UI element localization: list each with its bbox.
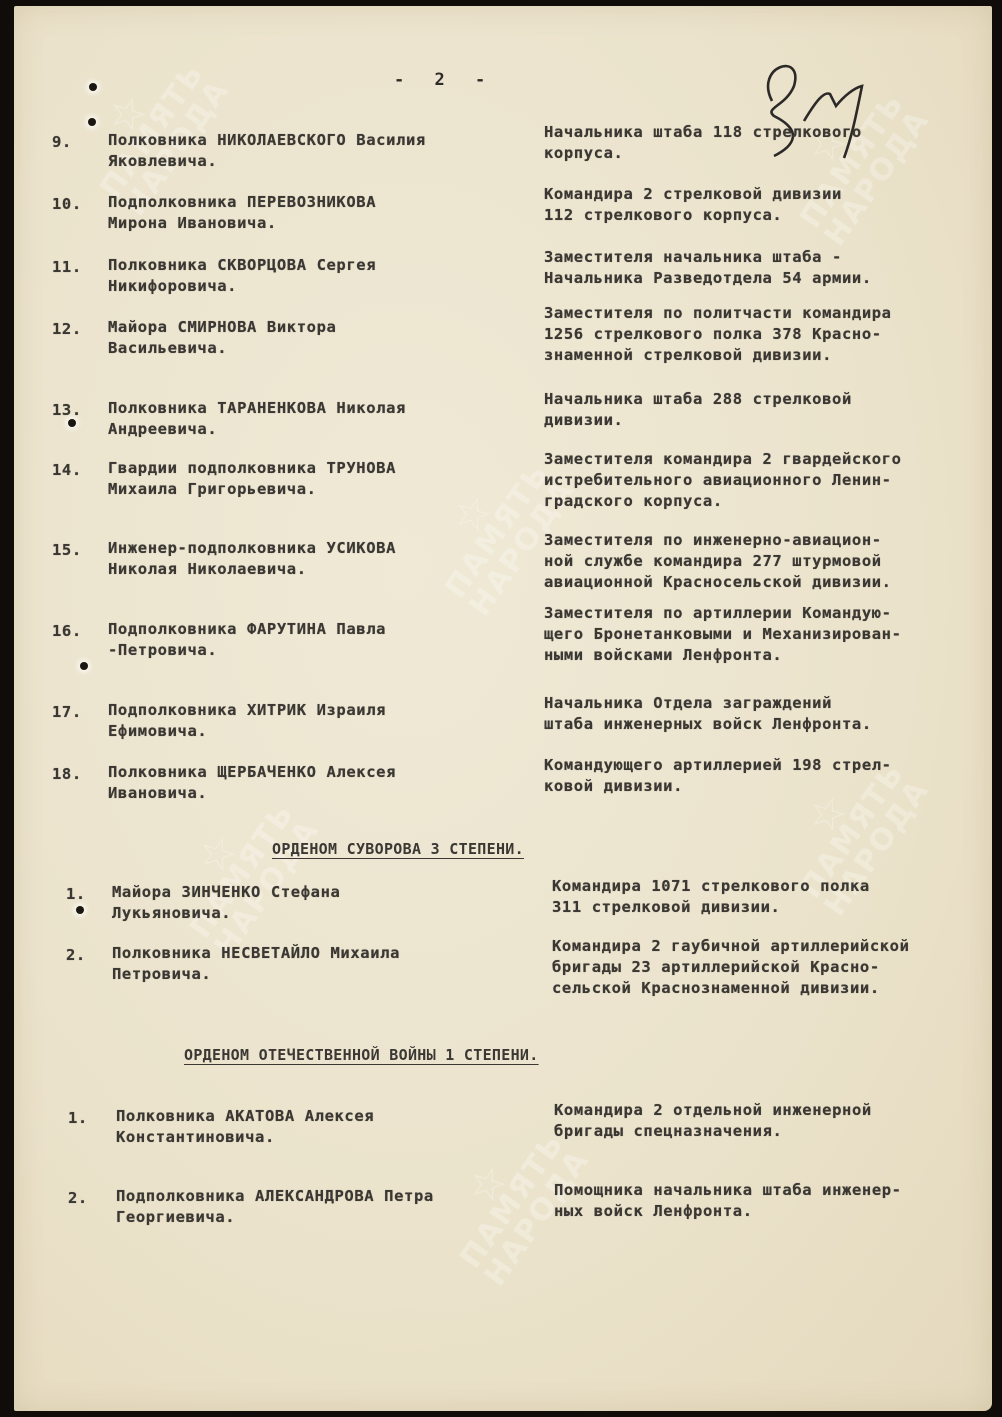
recipient-position: Командира 2 гаубичной артиллерийской бри… — [552, 936, 910, 999]
entry-number: 2. — [68, 1189, 88, 1207]
entry-number: 18. — [52, 765, 82, 783]
recipient-position: Заместителя по артиллерии Командую- щего… — [544, 603, 902, 666]
document-page: ☆ПАМЯТЬ НАРОДА ☆ПАМЯТЬ НАРОДА ☆ПАМЯТЬ НА… — [14, 6, 992, 1411]
recipient-name: Подполковника ПЕРЕВОЗНИКОВА Мирона Ивано… — [108, 192, 376, 234]
recipient-position: Заместителя по политчасти командира 1256… — [544, 303, 892, 366]
recipient-position: Заместителя начальника штаба - Начальник… — [544, 247, 872, 289]
recipient-name: Полковника НИКОЛАЕВСКОГО Василия Яковлев… — [108, 130, 426, 172]
entry-number: 2. — [66, 946, 86, 964]
recipient-position: Заместителя командира 2 гвардейского ист… — [544, 449, 902, 512]
punch-hole — [89, 83, 97, 91]
entry-number: 13. — [52, 401, 82, 419]
recipient-name: Полковника ЩЕРБАЧЕНКО Алексея Ивановича. — [108, 762, 396, 804]
entry-number: 1. — [66, 885, 86, 903]
punch-hole — [80, 662, 88, 670]
watermark: ☆ПАМЯТЬ НАРОДА — [161, 781, 325, 962]
entry-number: 9. — [52, 133, 72, 151]
entry-number: 15. — [52, 541, 82, 559]
punch-hole — [88, 118, 96, 126]
section-heading: ОРДЕНОМ ОТЕЧЕСТВЕННОЙ ВОЙНЫ 1 СТЕПЕНИ. — [184, 1046, 539, 1064]
entry-number: 16. — [52, 622, 82, 640]
recipient-position: Командира 2 стрелковой дивизии 112 стрел… — [544, 184, 842, 226]
recipient-name: Полковника НЕСВЕТАЙЛО Михаила Петровича. — [112, 943, 400, 985]
recipient-position: Заместителя по инженерно-авиацион- ной с… — [544, 530, 892, 593]
section-heading: ОРДЕНОМ СУВОРОВА 3 СТЕПЕНИ. — [272, 840, 524, 858]
recipient-position: Командира 1071 стрелкового полка 311 стр… — [552, 876, 870, 918]
recipient-name: Полковника АКАТОВА Алексея Константинови… — [116, 1106, 374, 1148]
recipient-name: Полковника СКВОРЦОВА Сергея Никифоровича… — [108, 255, 376, 297]
recipient-name: Гвардии подполковника ТРУНОВА Михаила Гр… — [108, 458, 396, 500]
recipient-name: Майора ЗИНЧЕНКО Стефана Лукьяновича. — [112, 882, 340, 924]
entry-number: 17. — [52, 703, 82, 721]
punch-hole — [68, 419, 76, 427]
recipient-name: Подполковника ХИТРИК Израиля Ефимовича. — [108, 700, 386, 742]
punch-hole — [76, 906, 84, 914]
recipient-name: Полковника ТАРАНЕНКОВА Николая Андреевич… — [108, 398, 406, 440]
entry-number: 10. — [52, 195, 82, 213]
recipient-name: Майора СМИРНОВА Виктора Васильевича. — [108, 317, 336, 359]
recipient-name: Подполковника АЛЕКСАНДРОВА Петра Георгие… — [116, 1186, 434, 1228]
entry-number: 14. — [52, 461, 82, 479]
recipient-name: Инженер-подполковника УСИКОВА Николая Ни… — [108, 538, 396, 580]
recipient-position: Начальника Отдела заграждений штаба инже… — [544, 693, 872, 735]
entry-number: 11. — [52, 258, 82, 276]
recipient-position: Командующего артиллерией 198 стрел- ково… — [544, 755, 892, 797]
recipient-position: Начальника штаба 118 стрелкового корпуса… — [544, 122, 862, 164]
recipient-position: Помощника начальника штаба инженер- ных … — [554, 1180, 902, 1222]
entry-number: 12. — [52, 320, 82, 338]
recipient-position: Командира 2 отдельной инженерной бригады… — [554, 1100, 872, 1142]
page-number: - 2 - — [394, 70, 495, 90]
entry-number: 1. — [68, 1109, 88, 1127]
recipient-position: Начальника штаба 288 стрелковой дивизии. — [544, 389, 852, 431]
recipient-name: Подполковника ФАРУТИНА Павла -Петровича. — [108, 619, 386, 661]
